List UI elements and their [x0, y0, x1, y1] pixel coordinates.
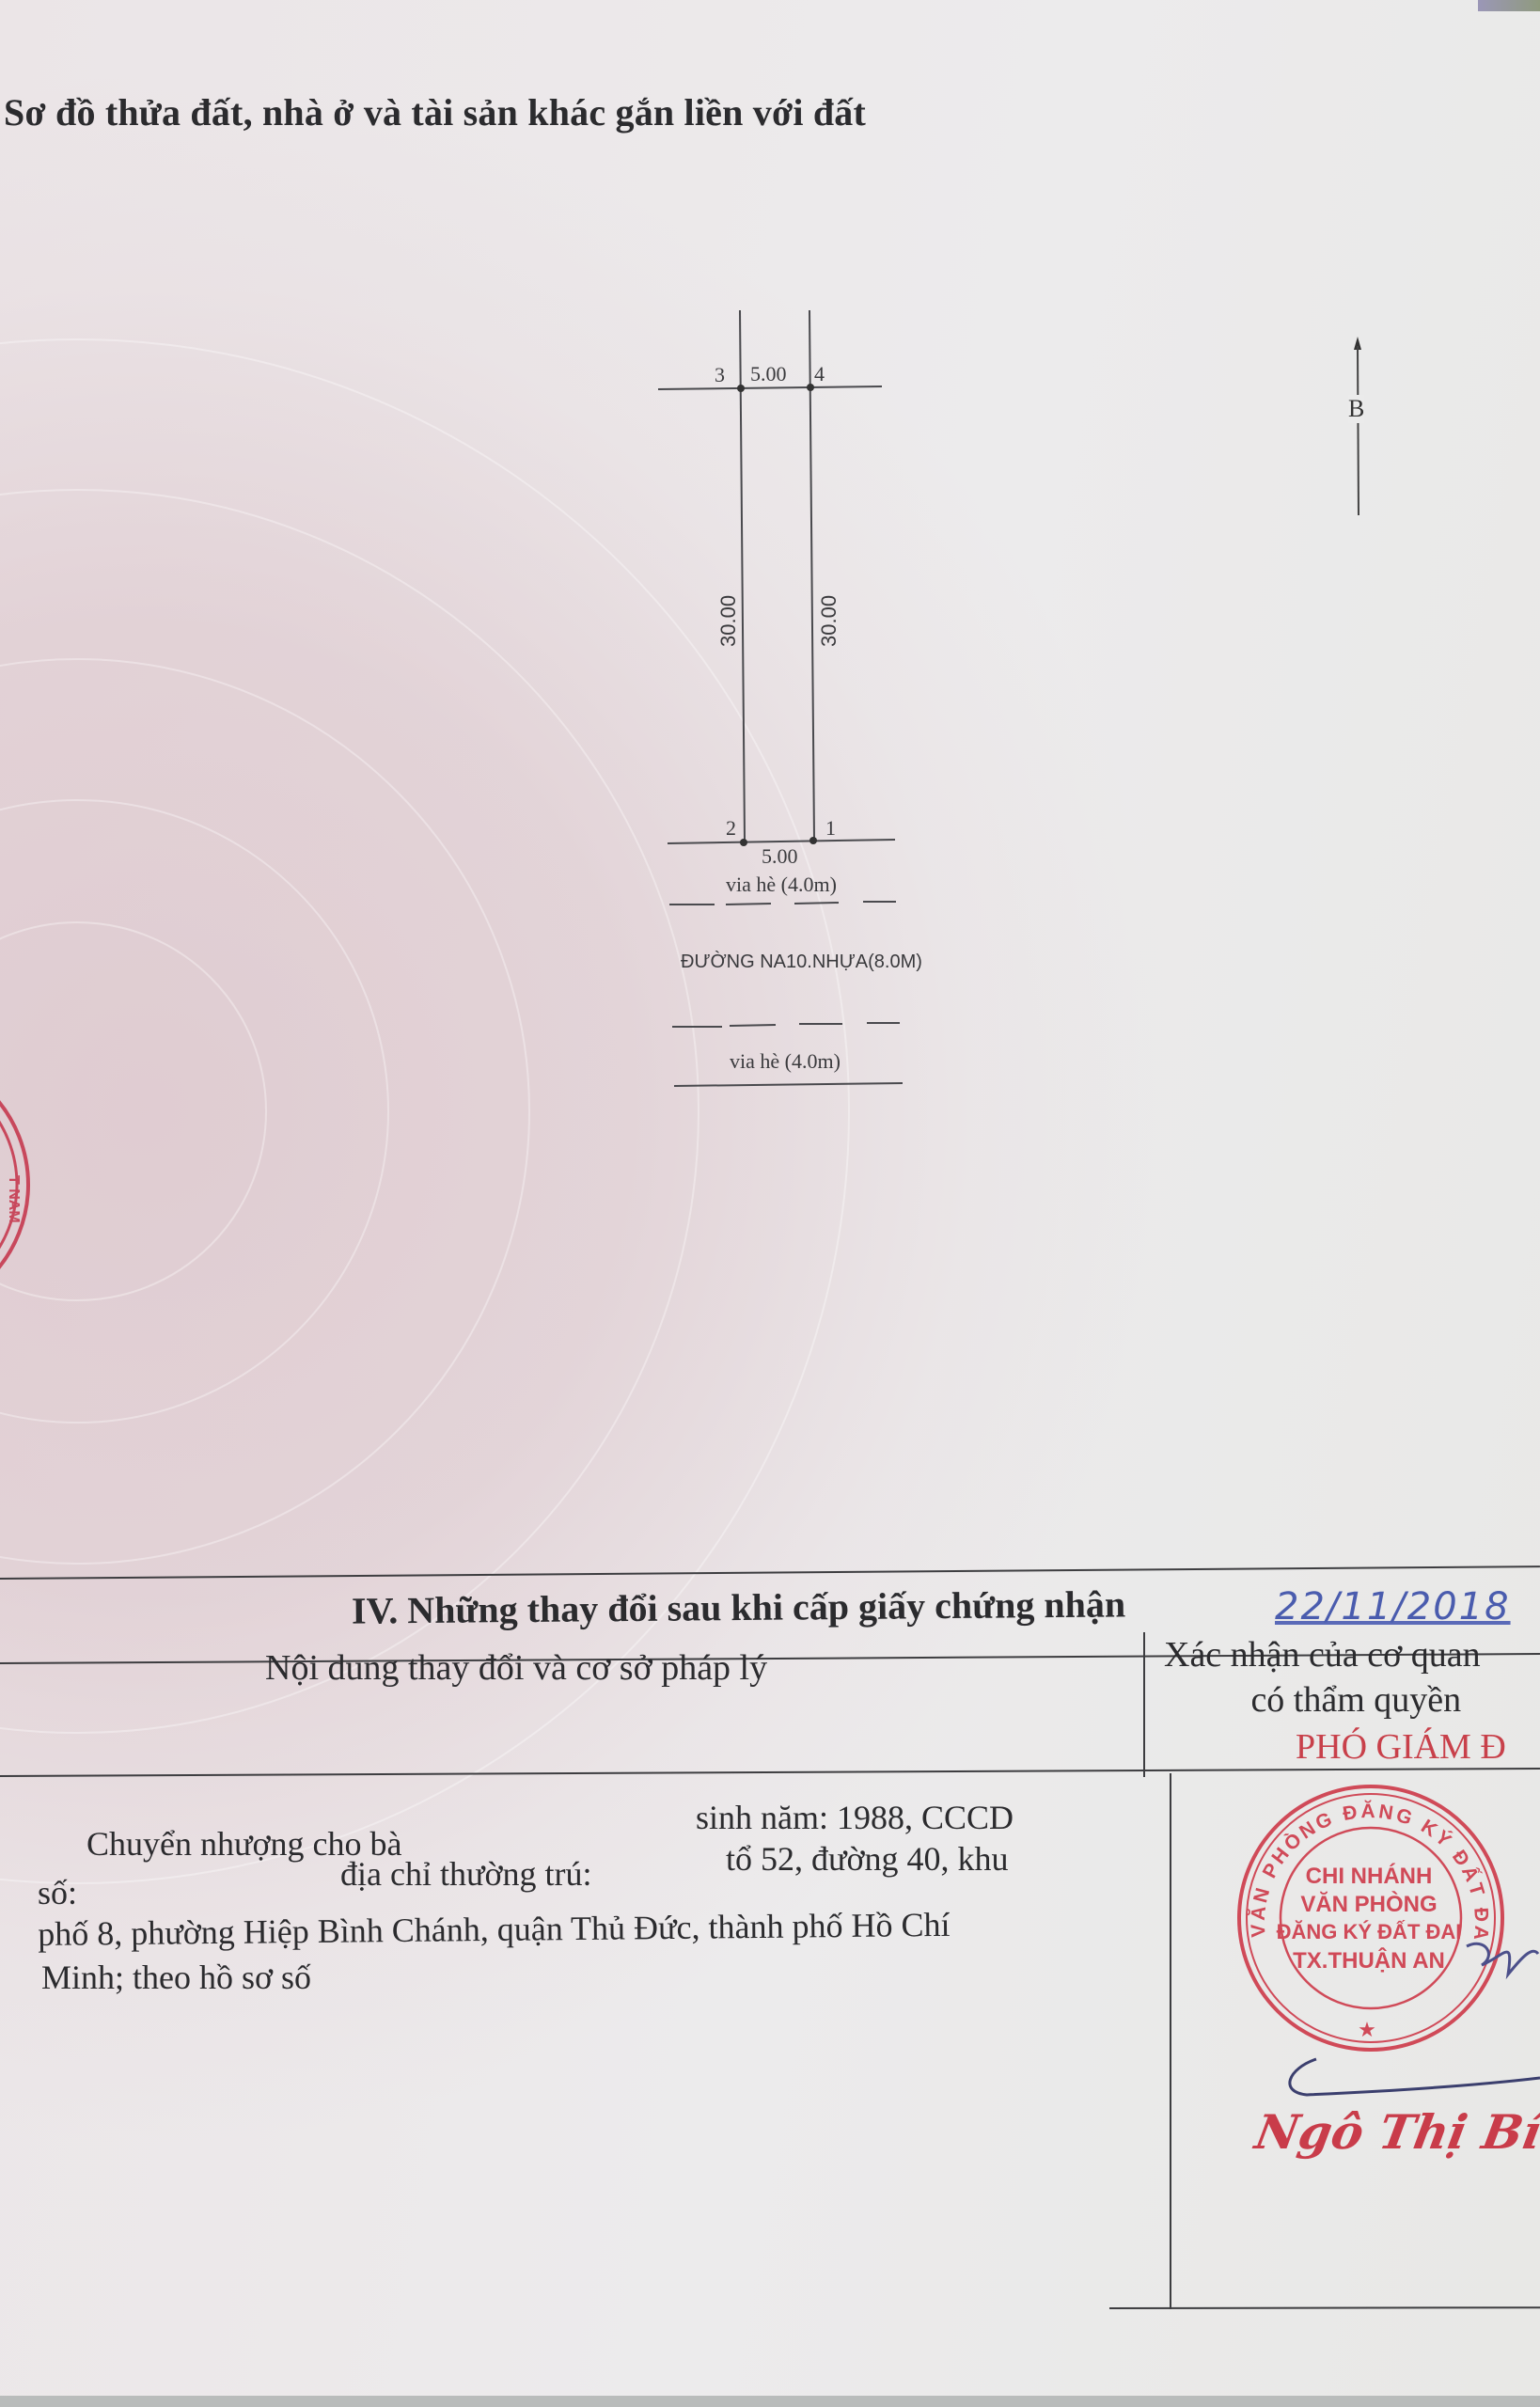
entry-birth-year: sinh năm: 1988, CCCD	[696, 1798, 1014, 1837]
column-divider-header	[1143, 1632, 1145, 1777]
column-header-changes: Nội dung thay đổi và cơ sở pháp lý	[265, 1647, 767, 1689]
entry-dossier-number: Minh; theo hồ sơ số	[41, 1958, 311, 1997]
right-edge-length: 30.00	[817, 595, 841, 647]
entry-address-label: địa chỉ thường trú:	[340, 1854, 592, 1894]
road-name-label: ĐƯỜNG NA10.NHỰA(8.0M)	[681, 952, 922, 973]
column-divider-body	[1170, 1773, 1171, 2309]
sidewalk-near-label: via hè (4.0m)	[726, 873, 837, 897]
section-iv-title: IV. Những thay đổi sau khi cấp giấy chứn…	[352, 1581, 1126, 1632]
handwritten-date: 22/11/2018	[1275, 1585, 1511, 1628]
corner-point-4: 4	[814, 362, 825, 386]
signer-name: Ngô Thị Bích H	[1251, 2104, 1540, 2160]
column-header-confirmation: Xác nhận của cơ quan có thẩm quyền	[1164, 1632, 1481, 1723]
partial-stamp-left: T NAM	[0, 1072, 38, 1298]
bottom-edge-length: 5.00	[762, 844, 798, 869]
north-arrow-label: B	[1348, 395, 1364, 423]
stamp-inner-line-1: CHI NHÁNH	[1228, 1864, 1510, 1890]
svg-text:T NAM: T NAM	[6, 1175, 22, 1223]
top-edge-length: 5.00	[750, 362, 787, 386]
entry-id-number-label: số:	[38, 1873, 77, 1912]
column-header-confirmation-line1: Xác nhận của cơ quan	[1164, 1632, 1481, 1677]
corner-point-1: 1	[825, 816, 836, 841]
north-arrow-icon	[1354, 337, 1361, 515]
column-header-confirmation-line2: có thẩm quyền	[1164, 1677, 1481, 1723]
corner-point-3: 3	[715, 363, 725, 387]
handwritten-signature	[1250, 1899, 1540, 2106]
corner-point-2: 2	[726, 816, 736, 841]
entry-address-part1: tổ 52, đường 40, khu	[726, 1839, 1009, 1879]
deputy-director-title: PHÓ GIÁM Đ	[1296, 1726, 1506, 1768]
left-edge-length: 30.00	[716, 595, 741, 647]
page-edge-shadow	[0, 2396, 1540, 2407]
sidewalk-far-label: via hè (4.0m)	[730, 1049, 841, 1074]
